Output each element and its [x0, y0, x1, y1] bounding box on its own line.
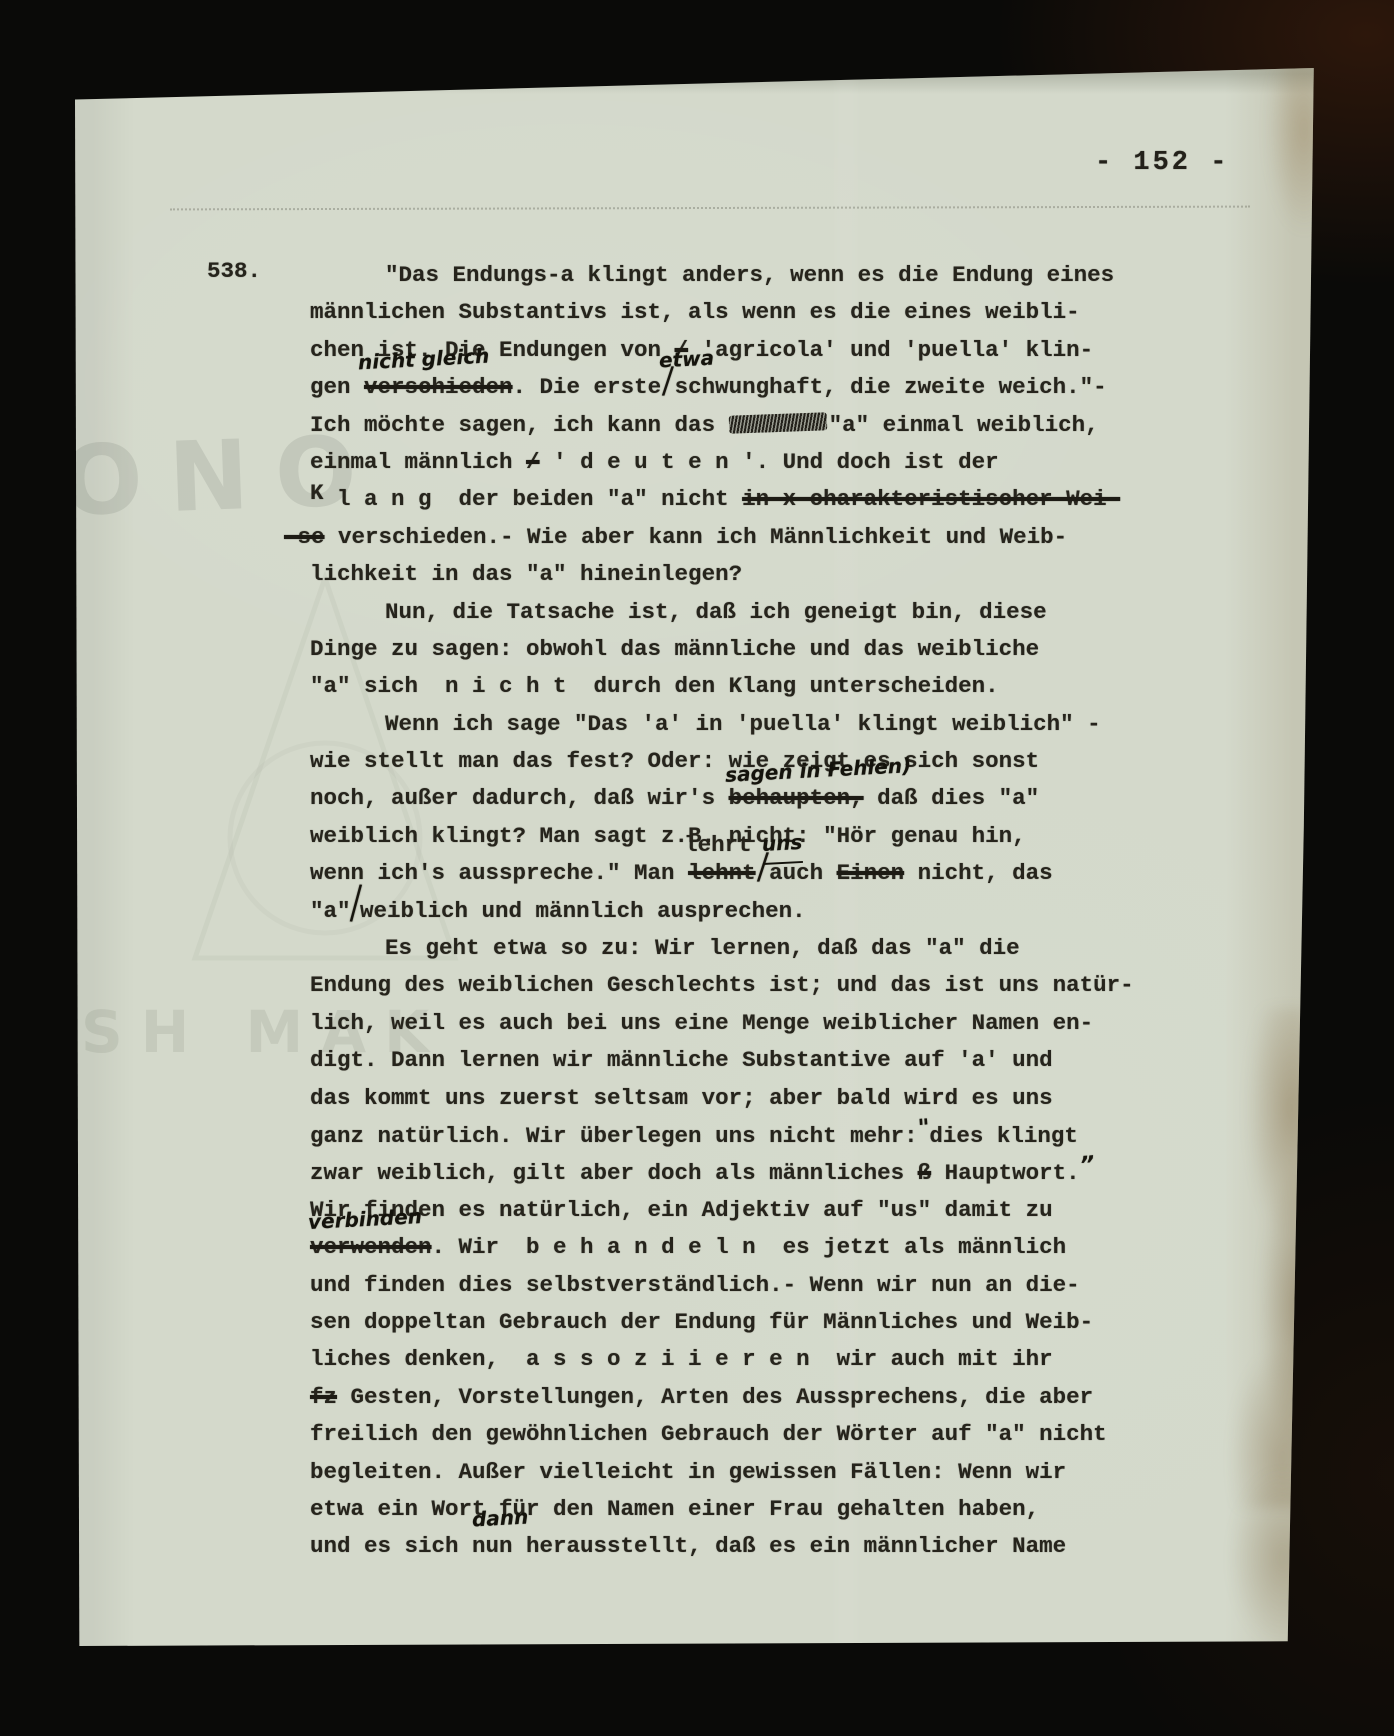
typed-text: "a" einmal weiblich,	[829, 412, 1099, 438]
typescript-line: Wenn ich sage "Das 'a' in 'puella' kling…	[310, 706, 1190, 743]
typescript-line: freilich den gewöhnlichen Gebrauch der W…	[310, 1416, 1190, 1453]
faint-dotted-rule	[170, 206, 1250, 211]
typescript-line: begleiten. Außer vielleicht in gewissen …	[310, 1454, 1190, 1491]
typed-text: einmal männlich	[310, 449, 526, 475]
paper-stain	[1225, 1008, 1320, 1508]
typescript-line: männlichen Substantivs ist, als wenn es …	[310, 294, 1190, 331]
typed-text: "Das Endungs-a klingt anders, wenn es di…	[385, 262, 1114, 288]
typed-text: weiblich klingt? Man sagt z.B. nicht: "H…	[310, 823, 1026, 849]
handwritten-insertion: nicht gleich	[357, 337, 490, 381]
typed-text: zwar weiblich, gilt aber doch als männli…	[310, 1160, 918, 1186]
typescript-line: "a"/weiblich und männlich ausprechen.	[310, 893, 1190, 930]
handwritten-insertion: verbinden	[307, 1198, 423, 1241]
scanned-typescript-page: ONO SH MAK - 152 - 538. "Das Endungs-a k…	[0, 0, 1394, 1736]
typescript-line: Es geht etwa so zu: Wir lernen, daß das …	[310, 930, 1190, 967]
struck-text: ß	[918, 1160, 932, 1186]
typed-text: Dinge zu sagen: obwohl das männliche und…	[310, 636, 1039, 662]
typed-text: ganz natürlich. Wir überlegen uns nicht …	[310, 1123, 918, 1149]
typed-text: und es sich	[310, 1533, 472, 1559]
typed-text: das kommt uns zuerst seltsam vor; aber b…	[310, 1085, 1053, 1111]
typescript-body: "Das Endungs-a klingt anders, wenn es di…	[310, 257, 1190, 1566]
typescript-line: fz Gesten, Vorstellungen, Arten des Auss…	[310, 1379, 1190, 1416]
struck-text: se	[284, 524, 325, 550]
typed-text: etwa ein Wort für den Namen einer Frau g…	[310, 1496, 1039, 1522]
handwritten-insertion: uns	[761, 824, 803, 865]
typescript-line: lich, weil es auch bei uns eine Menge we…	[310, 1005, 1190, 1042]
typed-text: K	[310, 475, 324, 512]
typescript-line: etwa ein Wort für den Namen einer Frau g…	[310, 1491, 1190, 1528]
handwritten-insertion: etwa	[658, 339, 715, 379]
typescript-line: zwar weiblich, gilt aber doch als männli…	[310, 1154, 1190, 1191]
typed-text: weiblich und männlich ausprechen.	[360, 898, 806, 924]
typed-text: "a"	[310, 898, 351, 924]
page-number: - 152 -	[1095, 148, 1355, 178]
typescript-line: Dinge zu sagen: obwohl das männliche und…	[310, 631, 1190, 668]
typed-text: wenn ich's ausspreche." Man	[310, 860, 688, 886]
manuscript-paper: ONO SH MAK - 152 - 538. "Das Endungs-a k…	[75, 68, 1315, 1646]
typescript-line: wenn ich's ausspreche." Man lehrtlehntun…	[310, 855, 1190, 892]
typed-text: Wenn ich sage "Das 'a' in 'puella' kling…	[385, 711, 1101, 737]
typed-text: . Wir b e h a n d e l n es jetzt als män…	[432, 1234, 1067, 1260]
section-number: 538.	[207, 258, 261, 284]
typed-text: ' d e u t e n '. Und doch ist der	[540, 449, 999, 475]
typed-text: verschieden.- Wie aber kann ich Männlich…	[325, 524, 1068, 550]
typescript-line: und es sich dannnun herausstellt, daß es…	[310, 1528, 1190, 1565]
typed-text: liches denken, a s s o z i i e r e n wir…	[310, 1346, 1053, 1372]
typed-text: 'agricola' und 'puella' klin-	[688, 337, 1093, 363]
typed-text: männlichen Substantivs ist, als wenn es …	[310, 299, 1080, 325]
typescript-line: sen doppeltan Gebrauch der Endung für Mä…	[310, 1304, 1190, 1341]
typescript-line: "Das Endungs-a klingt anders, wenn es di…	[310, 257, 1190, 294]
typed-text: Nun, die Tatsache ist, daß ich geneigt b…	[385, 599, 1047, 625]
typescript-line: gen nicht gleichverschieden. Die ersteet…	[310, 369, 1190, 406]
typescript-line: verbindenverwenden. Wir b e h a n d e l …	[310, 1229, 1190, 1266]
typed-text: und finden dies selbstverständlich.- Wen…	[310, 1272, 1080, 1298]
handwritten-mark: "	[916, 1110, 930, 1148]
typescript-line: K l a n g der beiden "a" nicht in x char…	[310, 481, 1190, 518]
typescript-line: lichkeit in das "a" hineinlegen?	[310, 556, 1190, 593]
typescript-line: digt. Dann lernen wir männliche Substant…	[310, 1042, 1190, 1079]
typed-text: noch, außer dadurch, daß wir's	[310, 785, 729, 811]
typescript-line: einmal männlich / ' d e u t e n '. Und d…	[310, 444, 1190, 481]
typed-text: schwunghaft, die zweite weich."-	[675, 374, 1107, 400]
struck-text: fz	[310, 1384, 337, 1410]
typed-text: Endung des weiblichen Geschlechts ist; u…	[310, 972, 1134, 998]
handwritten-slash: /	[348, 865, 363, 953]
typescript-line: Endung des weiblichen Geschlechts ist; u…	[310, 967, 1190, 1004]
typescript-line: Nun, die Tatsache ist, daß ich geneigt b…	[310, 594, 1190, 631]
typed-text: sen doppeltan Gebrauch der Endung für Mä…	[310, 1309, 1093, 1335]
typed-text: Gesten, Vorstellungen, Arten des Ausspre…	[337, 1384, 1093, 1410]
paper-stain	[1205, 1448, 1315, 1668]
typed-text: lich, weil es auch bei uns eine Menge we…	[310, 1010, 1093, 1036]
typed-text: daß dies "a"	[864, 785, 1040, 811]
struck-text: /	[526, 449, 540, 475]
typed-text: nun herausstellt, daß es ein männlicher …	[472, 1533, 1066, 1559]
typed-text: dies klingt	[929, 1123, 1078, 1149]
typescript-line: ganz natürlich. Wir überlegen uns nicht …	[310, 1117, 1190, 1154]
typescript-line: Wir finden es natürlich, ein Adjektiv au…	[310, 1192, 1190, 1229]
typescript-line: liches denken, a s s o z i i e r e n wir…	[310, 1341, 1190, 1378]
typed-text: "a" sich n i c h t durch den Klang unter…	[310, 673, 999, 699]
handwritten-mark: ”	[1078, 1147, 1095, 1185]
typed-text: begleiten. Außer vielleicht in gewissen …	[310, 1459, 1066, 1485]
typed-text: l a n g der beiden "a" nicht	[324, 486, 743, 512]
typescript-line: das kommt uns zuerst seltsam vor; aber b…	[310, 1080, 1190, 1117]
typescript-line: Ich möchte sagen, ich kann das "a" einma…	[310, 407, 1190, 444]
typescript-line: se verschieden.- Wie aber kann ich Männl…	[284, 519, 1190, 556]
typed-insertion: lehrt	[684, 827, 752, 864]
typed-text: gen	[310, 374, 364, 400]
typescript-line: "a" sich n i c h t durch den Klang unter…	[310, 668, 1190, 705]
typed-text: . Die erste	[513, 374, 662, 400]
typed-text: wie stellt man das fest? Oder: wie zeigt…	[310, 748, 1039, 774]
typed-text: digt. Dann lernen wir männliche Substant…	[310, 1047, 1053, 1073]
ink-scribble	[728, 412, 827, 433]
typed-text: Es geht etwa so zu: Wir lernen, daß das …	[385, 935, 1020, 961]
struck-text: Einen	[837, 860, 905, 886]
struck-text: in x charakteristischer Wei-	[742, 486, 1120, 512]
typed-text: Hauptwort.	[931, 1160, 1080, 1186]
typed-text: lichkeit in das "a" hineinlegen?	[310, 561, 742, 587]
typed-text: freilich den gewöhnlichen Gebrauch der W…	[310, 1421, 1107, 1447]
typed-text: nicht, das	[904, 860, 1053, 886]
typescript-line: und finden dies selbstverständlich.- Wen…	[310, 1267, 1190, 1304]
handwritten-insertion: dann	[471, 1498, 529, 1538]
typescript-line: noch, außer dadurch, daß wir's sagen in …	[310, 780, 1190, 817]
